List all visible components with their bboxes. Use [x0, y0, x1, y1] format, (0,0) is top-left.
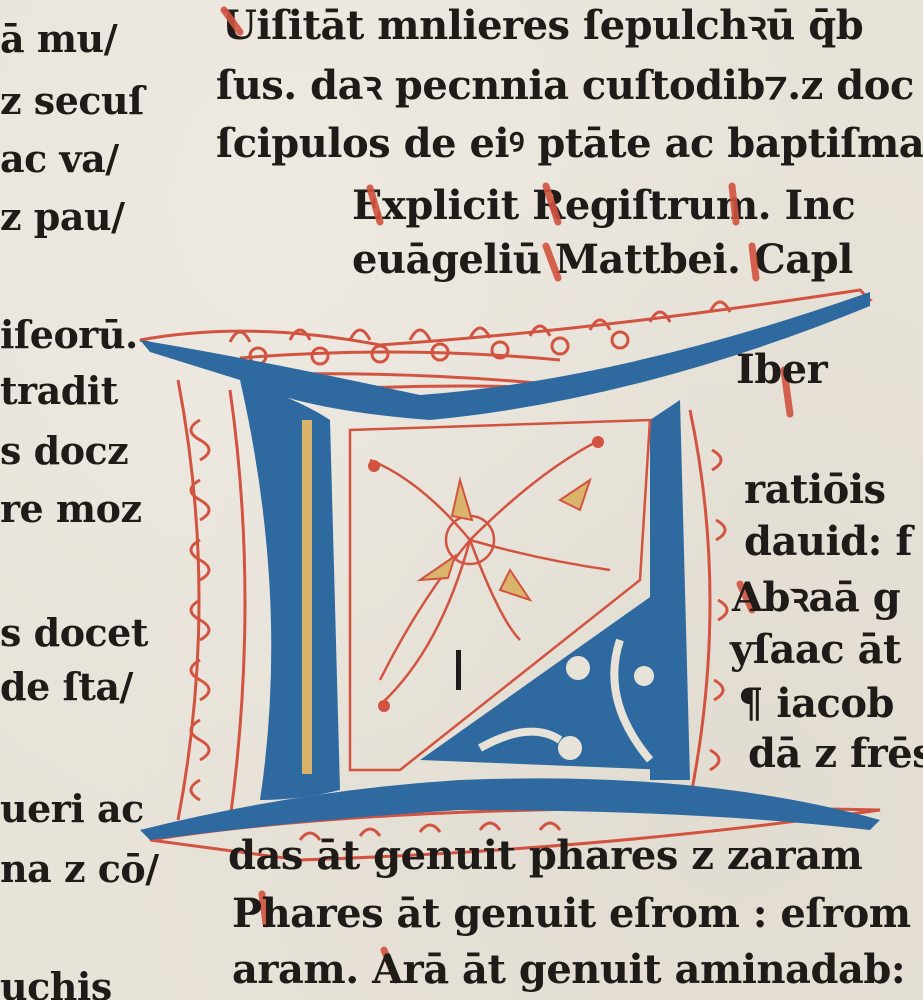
text-line: aram. Arā āt genuit aminadab:: [232, 950, 905, 990]
text-line: das āt genuit phares z zaram: [228, 836, 862, 876]
inner-glyph-l: [456, 650, 461, 690]
text-line: Phares āt genuit eſrom : eſrom: [232, 894, 911, 934]
